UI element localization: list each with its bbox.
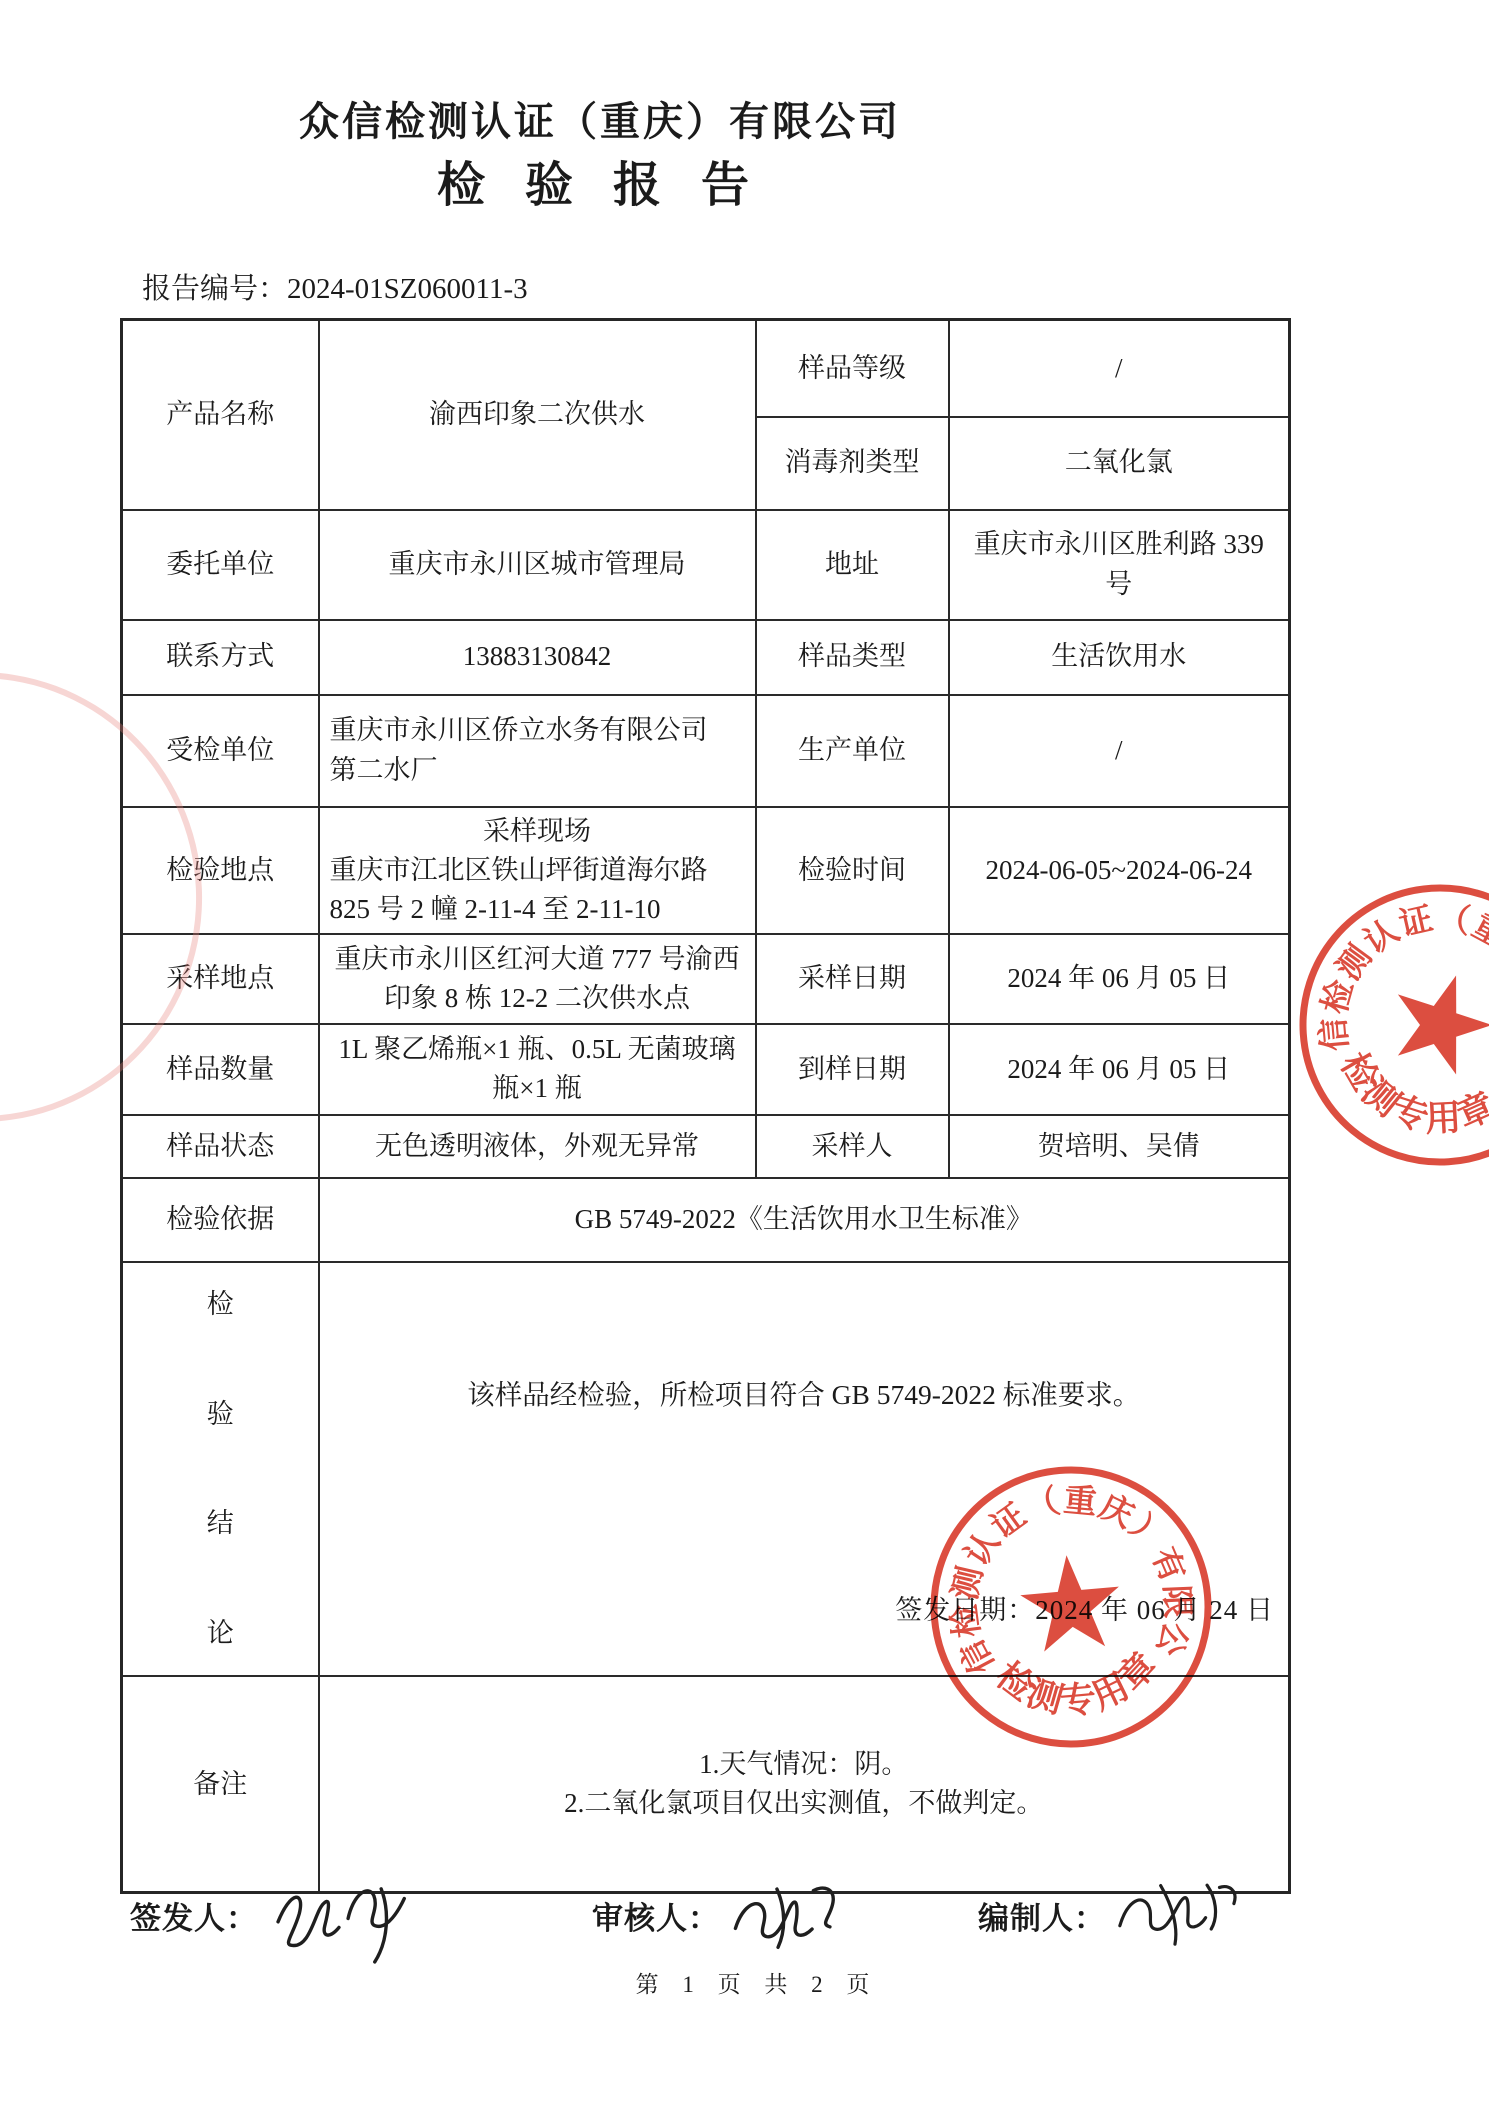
production-unit-label: 生产单位	[756, 695, 949, 807]
svg-text:众信检测认证（重庆）有限公司: 众信检测认证（重庆）有限公司	[908, 1444, 1200, 1685]
report-number-label: 报告编号：	[142, 273, 287, 305]
conclusion-char-3: 结	[207, 1504, 234, 1543]
reviewer-label: 审核人：	[592, 1901, 720, 1936]
sample-status-label: 样品状态	[122, 1115, 319, 1178]
conclusion-char-1: 检	[207, 1285, 234, 1324]
disinfectant-type-value: 二氧化氯	[949, 417, 1290, 510]
sample-grade-label: 样品等级	[756, 320, 949, 417]
sampling-date-value: 2024 年 06 月 05 日	[949, 934, 1290, 1024]
disinfectant-type-label: 消毒剂类型	[756, 417, 949, 510]
remarks-label: 备注	[122, 1676, 319, 1893]
seal-star	[1017, 1551, 1124, 1653]
production-unit-value: /	[949, 695, 1290, 807]
address-value: 重庆市永川区胜利路 339 号	[949, 510, 1290, 620]
conclusion-label-vertical: 检 验 结 论	[133, 1279, 308, 1659]
sampler-label: 采样人	[756, 1115, 949, 1178]
address-label: 地址	[756, 510, 949, 620]
sampler-value: 贺培明、吴倩	[949, 1115, 1290, 1178]
arrival-date-label: 到样日期	[756, 1024, 949, 1115]
svg-text:检测专用章: 检测专用章	[1320, 1037, 1489, 1160]
seal-ring-text: 众信检测认证（重庆）有限公司	[908, 1444, 1200, 1685]
issuer-signoff: 签发人：	[130, 1893, 258, 1973]
sample-quantity-value: 1L 聚乙烯瓶×1 瓶、0.5L 无菌玻璃瓶×1 瓶	[319, 1024, 756, 1115]
inspection-time-value: 2024-06-05~2024-06-24	[949, 807, 1290, 934]
seal-star-edge	[1380, 960, 1489, 1080]
inspection-time-label: 检验时间	[756, 807, 949, 934]
sample-type-value: 生活饮用水	[949, 620, 1290, 695]
inspection-report-page: 众信检测认证（重庆）有限公司 检 验 报 告 报告编号：2024-01SZ060…	[0, 0, 1489, 2103]
conclusion-text: 该样品经检验，所检项目符合 GB 5749-2022 标准要求。	[320, 1375, 1289, 1415]
product-name-label: 产品名称	[122, 320, 319, 510]
preparer-label: 编制人：	[978, 1901, 1106, 1936]
inspected-unit-text: 重庆市永川区侨立水务有限公司第二水厂	[330, 711, 724, 789]
issuer-signature	[258, 1863, 428, 1973]
inspection-place-line2: 重庆市江北区铁山坪街道海尔路 825 号 2 幢 2-11-4 至 2-11-1…	[330, 851, 745, 929]
reviewer-signoff: 审核人：	[592, 1893, 720, 1973]
remarks-line2: 2.二氧化氯项目仅出实测值，不做判定。	[330, 1784, 1279, 1823]
company-seal-stamp: 众信检测认证（重庆）有限公司 检测专用章	[908, 1444, 1233, 1769]
inspection-basis-value: GB 5749-2022《生活饮用水卫生标准》	[319, 1178, 1290, 1262]
sample-type-label: 样品类型	[756, 620, 949, 695]
inspection-place-line1: 采样现场	[330, 812, 745, 851]
client-unit-label: 委托单位	[122, 510, 319, 620]
inspected-unit-value: 重庆市永川区侨立水务有限公司第二水厂	[319, 695, 756, 807]
page-indicator: 第 1 页 共 2 页	[25, 1966, 1489, 1999]
issuer-label: 签发人：	[130, 1901, 258, 1936]
contact-label: 联系方式	[122, 620, 319, 695]
inspection-basis-label: 检验依据	[122, 1178, 319, 1262]
inspection-place-value: 采样现场 重庆市江北区铁山坪街道海尔路 825 号 2 幢 2-11-4 至 2…	[319, 807, 756, 934]
contact-value: 13883130842	[319, 620, 756, 695]
sampling-place-value: 重庆市永川区红河大道 777 号渝西印象 8 栋 12-2 二次供水点	[319, 934, 756, 1024]
seal-bottom-text-edge: 检测专用章	[1320, 1037, 1489, 1160]
conclusion-char-4: 论	[207, 1614, 234, 1653]
conclusion-char-2: 验	[207, 1395, 234, 1434]
report-number: 报告编号：2024-01SZ060011-3	[142, 266, 528, 307]
arrival-date-value: 2024 年 06 月 05 日	[949, 1024, 1290, 1115]
sample-grade-value: /	[949, 320, 1290, 417]
preparer-signature	[1106, 1863, 1256, 1953]
report-title: 检 验 报 告	[20, 146, 1180, 215]
svg-text:检测专用章: 检测专用章	[986, 1641, 1170, 1728]
conclusion-label: 检 验 结 论	[122, 1262, 319, 1676]
sampling-date-label: 采样日期	[756, 934, 949, 1024]
client-unit-value: 重庆市永川区城市管理局	[319, 510, 756, 620]
preparer-signoff: 编制人：	[978, 1893, 1106, 1973]
product-name-value: 渝西印象二次供水	[319, 320, 756, 510]
reviewer-signature	[720, 1863, 870, 1958]
company-name: 众信检测认证（重庆）有限公司	[20, 90, 1180, 147]
sample-status-value: 无色透明液体，外观无异常	[319, 1115, 756, 1178]
report-number-value: 2024-01SZ060011-3	[287, 273, 528, 305]
seal-bottom-text: 检测专用章	[986, 1641, 1170, 1728]
